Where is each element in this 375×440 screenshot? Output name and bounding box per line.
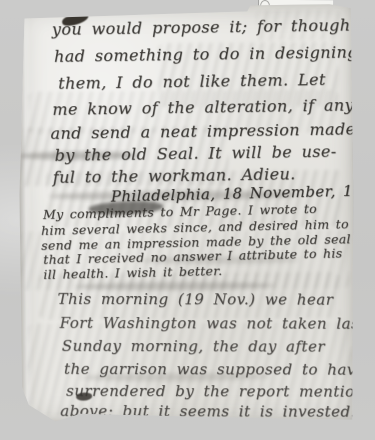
letter-line: by the old Seal. It will be use- (54, 142, 336, 165)
letter-line: them, I do not like them. Let (58, 70, 326, 93)
letter-page: you would propose it; for though I had s… (18, 4, 356, 425)
letter-line: surrendered by the report mentioned (66, 382, 355, 401)
letter-line: the garrison was supposed to have (64, 360, 355, 379)
letter-line: above; but it seems it is invested.) (60, 402, 355, 421)
letter-line: and send a neat impression made (50, 119, 355, 143)
letter-line: This morning (19 Nov.) we hear (57, 290, 333, 309)
letter-line: Fort Washington was not taken last (60, 314, 356, 333)
scanned-letter-image: you would propose it; for though I had s… (0, 0, 375, 440)
ink-speck (28, 418, 38, 424)
letter-line: Sunday morning, the day after (62, 337, 325, 356)
